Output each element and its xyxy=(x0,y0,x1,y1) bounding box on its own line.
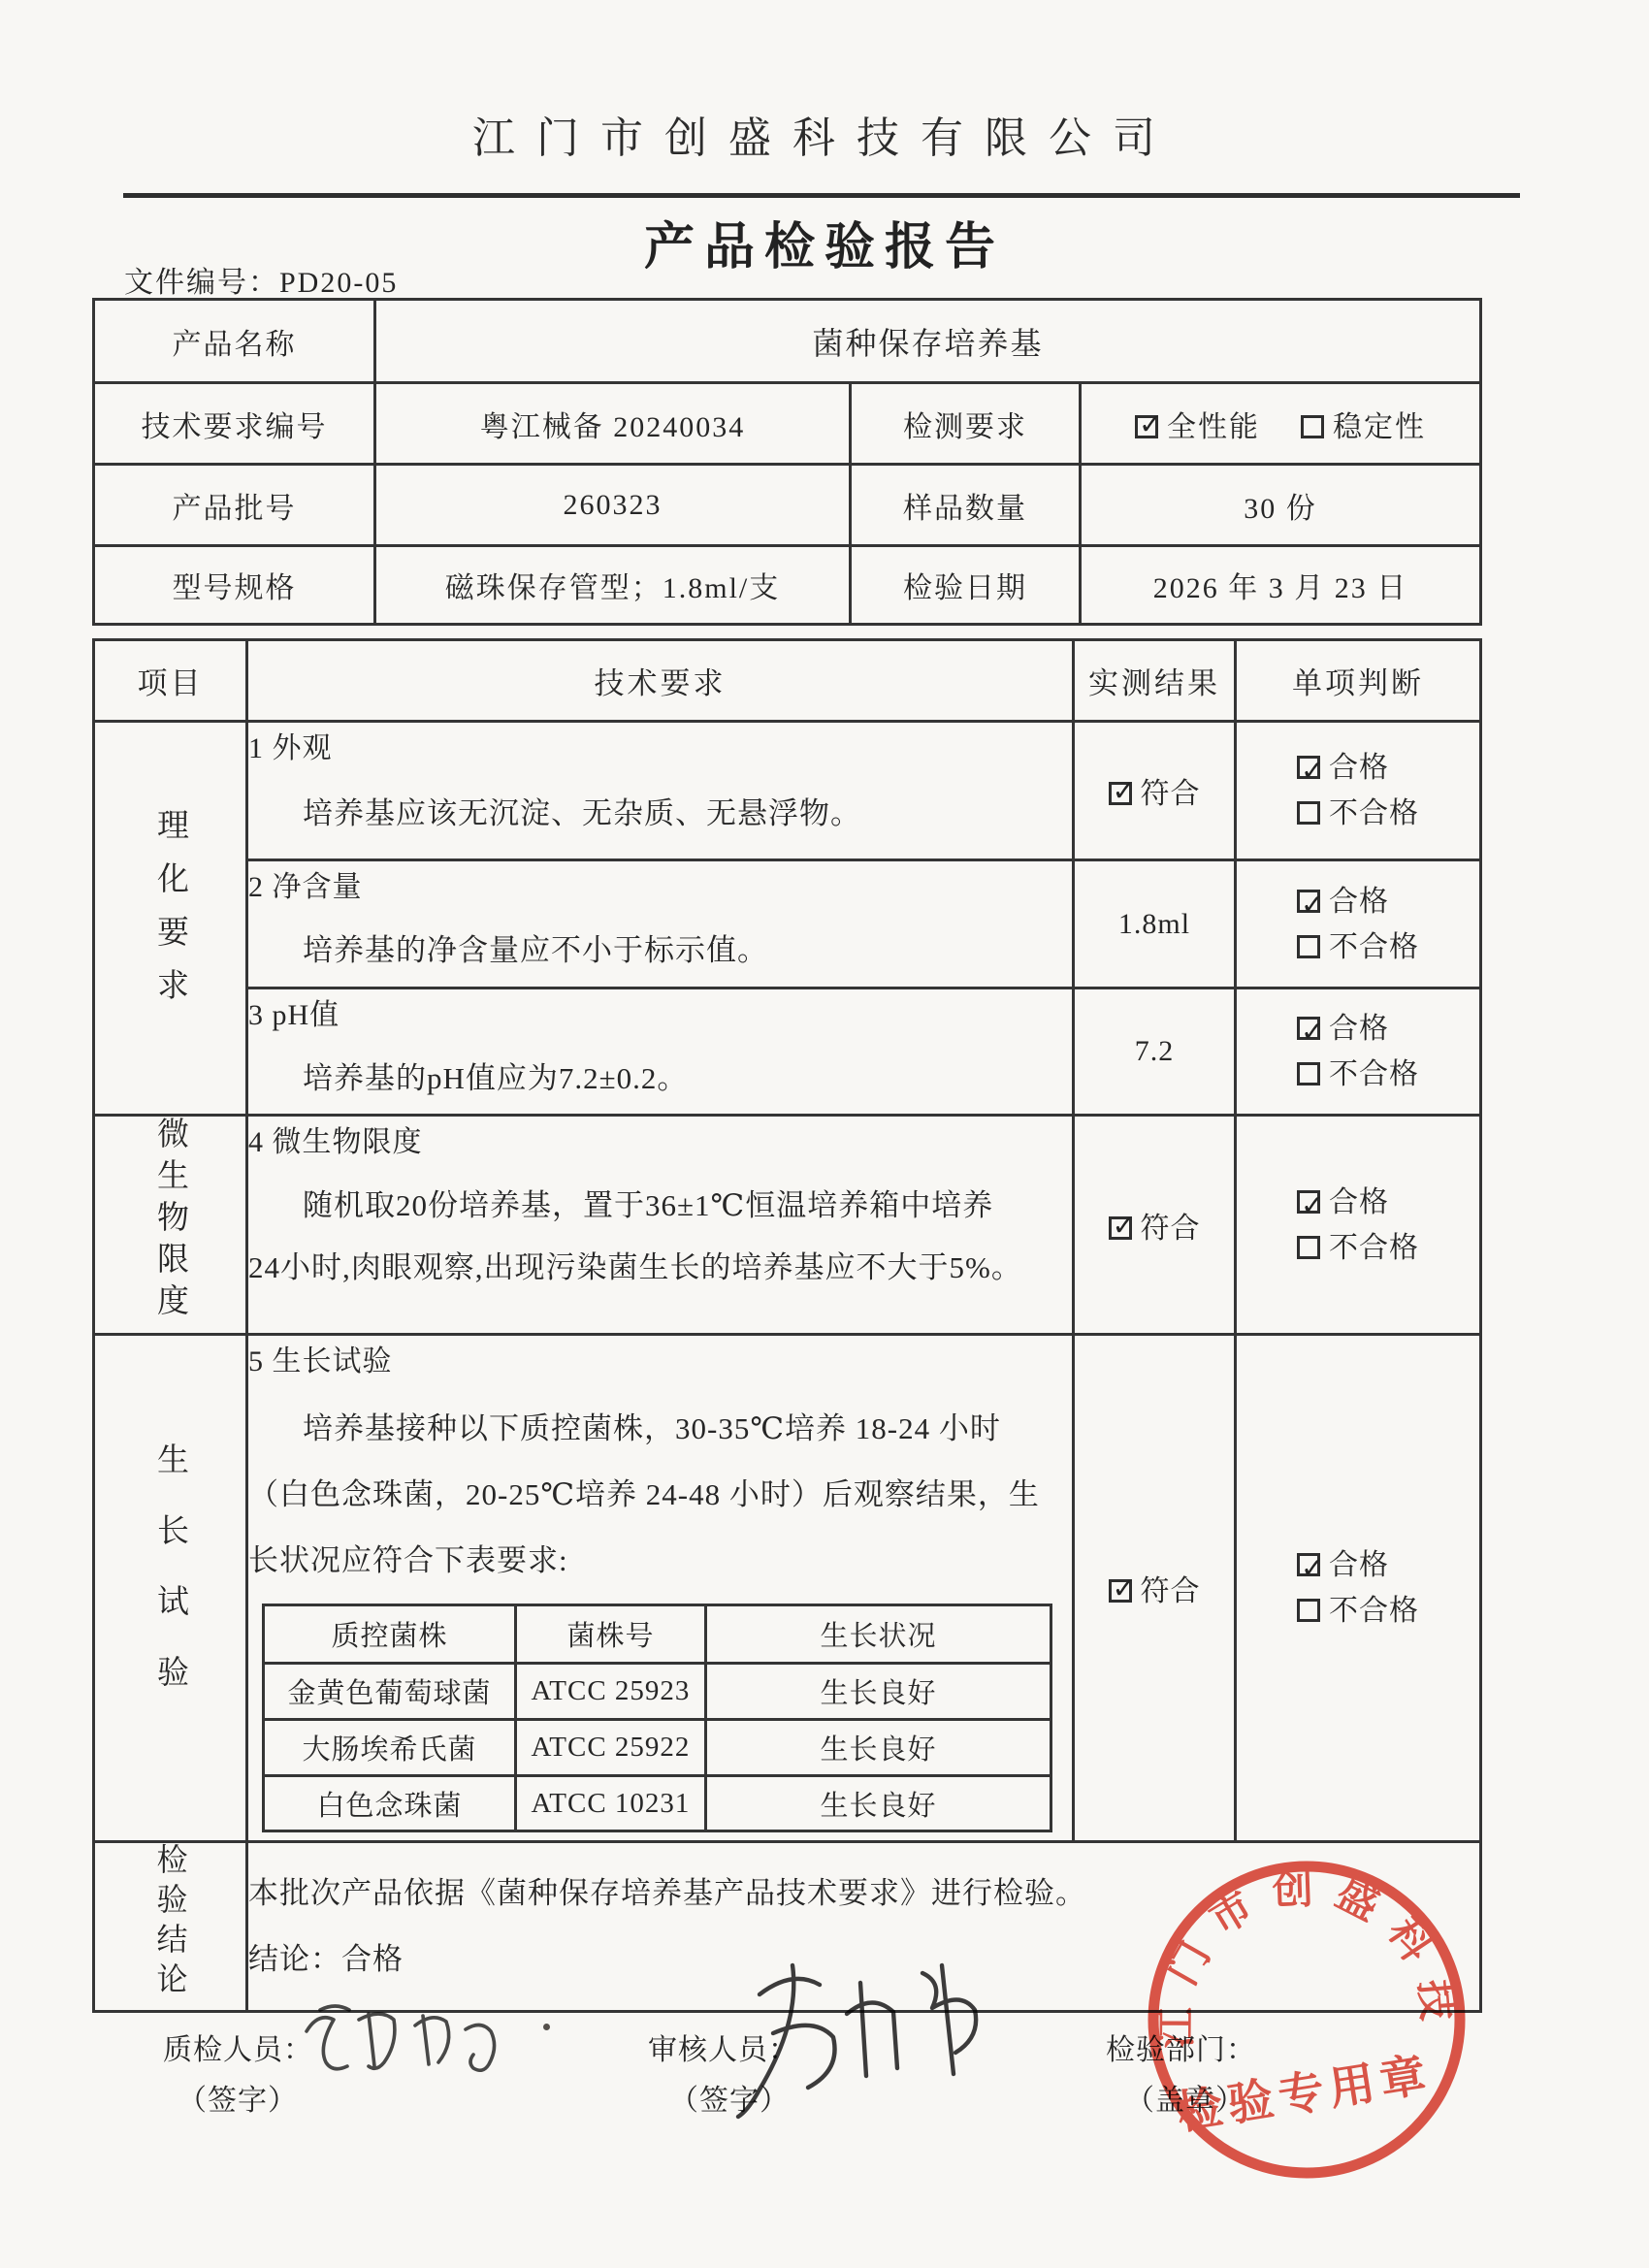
strain-col-header: 质控菌株 xyxy=(264,1605,516,1664)
strain-row: 金黄色葡萄球菌 ATCC 25923 生长良好 xyxy=(264,1664,1051,1720)
stamp-graphic: 江门市创盛科技有限公司 检验专用章 xyxy=(1122,1835,1461,2173)
scanned-inspection-report: { "document": { "company": "江门市创盛科技有限公司"… xyxy=(0,0,1649,2268)
result-microbial: 符合 xyxy=(1074,1116,1236,1335)
table-row: 产品批号 260323 样品数量 30 份 xyxy=(94,465,1481,546)
document-number: 文件编号：PD20-05 xyxy=(124,258,398,301)
unchecked-checkbox-icon xyxy=(1301,415,1324,438)
checked-checkbox-icon xyxy=(1109,1216,1132,1240)
strain-growth-status: 生长良好 xyxy=(706,1776,1051,1831)
table-row-growth-test: 生长试验 5 生长试验 培养基接种以下质控菌株，30-35℃培养 18-24 小… xyxy=(94,1335,1481,1842)
requirement-title: 4 微生物限度 xyxy=(248,1117,1072,1169)
requirement-title: 1 外观 xyxy=(248,723,1072,775)
fail-label: 不合格 xyxy=(1329,931,1419,963)
result-growth: 符合 xyxy=(1074,1335,1236,1842)
judgement-ph: 合格 不合格 xyxy=(1236,988,1481,1116)
fail-label: 不合格 xyxy=(1329,1058,1419,1090)
group-label-physical: 理化要求 xyxy=(94,722,247,1116)
table-row: 技术要求编号 粤江械备 20240034 检测要求 全性能稳定性 xyxy=(94,383,1481,465)
unchecked-checkbox-icon xyxy=(1297,1599,1320,1622)
requirement-title: 3 pH值 xyxy=(248,989,1072,1042)
col-header-requirement: 技术要求 xyxy=(247,640,1074,722)
checked-checkbox-icon xyxy=(1297,1017,1320,1040)
qc-sign-hint: （签字） xyxy=(178,2076,298,2119)
result-text: 符合 xyxy=(1141,778,1201,810)
requirement-text: 培养基的净含量应不小于标示值。 xyxy=(248,925,1072,976)
model-spec-label: 型号规格 xyxy=(94,546,375,625)
col-header-judgement: 单项判断 xyxy=(1236,640,1481,722)
checked-checkbox-icon xyxy=(1297,1553,1320,1576)
sample-qty-value: 30 份 xyxy=(1081,465,1481,546)
checked-checkbox-icon xyxy=(1109,782,1132,805)
fail-label: 不合格 xyxy=(1329,1595,1419,1627)
requirement-net-content: 2 净含量 培养基的净含量应不小于标示值。 xyxy=(247,860,1074,988)
result-net-content: 1.8ml xyxy=(1074,860,1236,988)
checked-checkbox-icon xyxy=(1135,415,1158,438)
col-header-result: 实测结果 xyxy=(1074,640,1236,722)
option-stability: 稳定性 xyxy=(1333,411,1426,443)
requirement-microbial: 4 微生物限度 随机取20份培养基，置于36±1℃恒温培养箱中培养 24小时,肉… xyxy=(247,1116,1074,1335)
batch-value: 260323 xyxy=(375,465,851,546)
ink-dot xyxy=(543,2024,550,2030)
strain-col-header: 菌株号 xyxy=(516,1605,706,1664)
product-name-value: 菌种保存培养基 xyxy=(375,300,1481,383)
header-divider xyxy=(123,193,1520,198)
requirement-growth: 5 生长试验 培养基接种以下质控菌株，30-35℃培养 18-24 小时 （白色… xyxy=(247,1335,1074,1842)
checked-checkbox-icon xyxy=(1109,1579,1132,1603)
checked-checkbox-icon xyxy=(1297,890,1320,913)
inspection-result-table: 项目 技术要求 实测结果 单项判断 理化要求 1 外观 培养基应该无沉淀、无杂质… xyxy=(92,638,1482,2013)
tech-req-no-label: 技术要求编号 xyxy=(94,383,375,465)
group-label-microbial: 微生物限度 xyxy=(94,1116,247,1335)
group-label-growth: 生长试验 xyxy=(94,1335,247,1842)
strain-number: ATCC 10231 xyxy=(516,1776,706,1831)
tech-req-no-value: 粤江械备 20240034 xyxy=(375,383,851,465)
strain-row: 大肠埃希氏菌 ATCC 25922 生长良好 xyxy=(264,1720,1051,1776)
group-label-conclusion: 检验结论 xyxy=(94,1842,247,2012)
table-row: 产品名称 菌种保存培养基 xyxy=(94,300,1481,383)
batch-label: 产品批号 xyxy=(94,465,375,546)
requirement-text: 24小时,肉眼观察,出现污染菌生长的培养基应不大于5%。 xyxy=(248,1237,1072,1299)
requirement-ph: 3 pH值 培养基的pH值应为7.2±0.2。 xyxy=(247,988,1074,1116)
strain-number: ATCC 25922 xyxy=(516,1720,706,1776)
table-row: 型号规格 磁珠保存管型；1.8ml/支 检验日期 2026 年 3 月 23 日 xyxy=(94,546,1481,625)
strain-name: 金黄色葡萄球菌 xyxy=(264,1664,516,1720)
strain-name: 白色念珠菌 xyxy=(264,1776,516,1831)
strain-row: 白色念珠菌 ATCC 10231 生长良好 xyxy=(264,1776,1051,1831)
result-text: 符合 xyxy=(1141,1213,1201,1245)
test-requirement-label: 检测要求 xyxy=(851,383,1081,465)
requirement-text: 培养基的pH值应为7.2±0.2。 xyxy=(248,1053,1072,1104)
strain-header-row: 质控菌株 菌株号 生长状况 xyxy=(264,1605,1051,1664)
unchecked-checkbox-icon xyxy=(1297,1062,1320,1085)
col-header-item: 项目 xyxy=(94,640,247,722)
judgement-growth: 合格 不合格 xyxy=(1236,1335,1481,1842)
unchecked-checkbox-icon xyxy=(1297,935,1320,958)
judgement-net-content: 合格 不合格 xyxy=(1236,860,1481,988)
table-row-ph: 3 pH值 培养基的pH值应为7.2±0.2。 7.2 合格 不合格 xyxy=(94,988,1481,1116)
judgement-microbial: 合格 不合格 xyxy=(1236,1116,1481,1335)
unchecked-checkbox-icon xyxy=(1297,1236,1320,1259)
reviewer-signature xyxy=(732,1952,1014,2155)
requirement-text: 随机取20份培养基，置于36±1℃恒温培养箱中培养 xyxy=(248,1175,1072,1237)
requirement-title: 5 生长试验 xyxy=(248,1336,1072,1388)
strain-growth-status: 生长良好 xyxy=(706,1720,1051,1776)
strain-number: ATCC 25923 xyxy=(516,1664,706,1720)
strain-name: 大肠埃希氏菌 xyxy=(264,1720,516,1776)
checked-checkbox-icon xyxy=(1297,1190,1320,1214)
result-text: 符合 xyxy=(1141,1575,1201,1607)
pass-label: 合格 xyxy=(1329,752,1389,784)
unchecked-checkbox-icon xyxy=(1297,801,1320,825)
inspection-stamp: 江门市创盛科技有限公司 检验专用章 xyxy=(1122,1835,1491,2204)
company-name: 江门市创盛科技有限公司 xyxy=(0,103,1649,165)
qc-signature xyxy=(291,1987,514,2113)
requirement-text: 长状况应符合下表要求: xyxy=(248,1528,1072,1594)
fail-label: 不合格 xyxy=(1329,1232,1419,1264)
table-row-microbial-limit: 微生物限度 4 微生物限度 随机取20份培养基，置于36±1℃恒温培养箱中培养 … xyxy=(94,1116,1481,1335)
judgement-appearance: 合格 不合格 xyxy=(1236,722,1481,860)
table-row-appearance: 理化要求 1 外观 培养基应该无沉淀、无杂质、无悬浮物。 符合 合格 不合格 xyxy=(94,722,1481,860)
checked-checkbox-icon xyxy=(1297,756,1320,779)
option-full-performance: 全性能 xyxy=(1167,411,1260,443)
product-info-table: 产品名称 菌种保存培养基 技术要求编号 粤江械备 20240034 检测要求 全… xyxy=(92,298,1482,626)
sample-qty-label: 样品数量 xyxy=(851,465,1081,546)
requirement-text: 培养基应该无沉淀、无杂质、无悬浮物。 xyxy=(248,789,1072,839)
fail-label: 不合格 xyxy=(1329,797,1419,829)
strain-col-header: 生长状况 xyxy=(706,1605,1051,1664)
inspection-date-label: 检验日期 xyxy=(851,546,1081,625)
test-requirement-value: 全性能稳定性 xyxy=(1081,383,1481,465)
table-header-row: 项目 技术要求 实测结果 单项判断 xyxy=(94,640,1481,722)
pass-label: 合格 xyxy=(1329,886,1389,918)
strain-table: 质控菌株 菌株号 生长状况 金黄色葡萄球菌 ATCC 25923 生长良好 大肠… xyxy=(262,1604,1052,1832)
stamp-seal-text: 检验专用章 xyxy=(1174,2049,1436,2140)
table-row-net-content: 2 净含量 培养基的净含量应不小于标示值。 1.8ml 合格 不合格 xyxy=(94,860,1481,988)
pass-label: 合格 xyxy=(1329,1013,1389,1045)
requirement-text: 培养基接种以下质控菌株，30-35℃培养 18-24 小时 xyxy=(248,1396,1072,1462)
strain-growth-status: 生长良好 xyxy=(706,1664,1051,1720)
product-name-label: 产品名称 xyxy=(94,300,375,383)
requirement-title: 2 净含量 xyxy=(248,861,1072,914)
document-number-value: PD20-05 xyxy=(279,267,398,299)
pass-label: 合格 xyxy=(1329,1549,1389,1581)
result-ph: 7.2 xyxy=(1074,988,1236,1116)
requirement-text: （白色念珠菌，20-25℃培养 24-48 小时）后观察结果，生 xyxy=(248,1462,1072,1528)
document-number-label: 文件编号： xyxy=(124,267,279,299)
pass-label: 合格 xyxy=(1329,1186,1389,1218)
requirement-appearance: 1 外观 培养基应该无沉淀、无杂质、无悬浮物。 xyxy=(247,722,1074,860)
inspection-date-value: 2026 年 3 月 23 日 xyxy=(1081,546,1481,625)
result-appearance: 符合 xyxy=(1074,722,1236,860)
model-spec-value: 磁珠保存管型；1.8ml/支 xyxy=(375,546,851,625)
